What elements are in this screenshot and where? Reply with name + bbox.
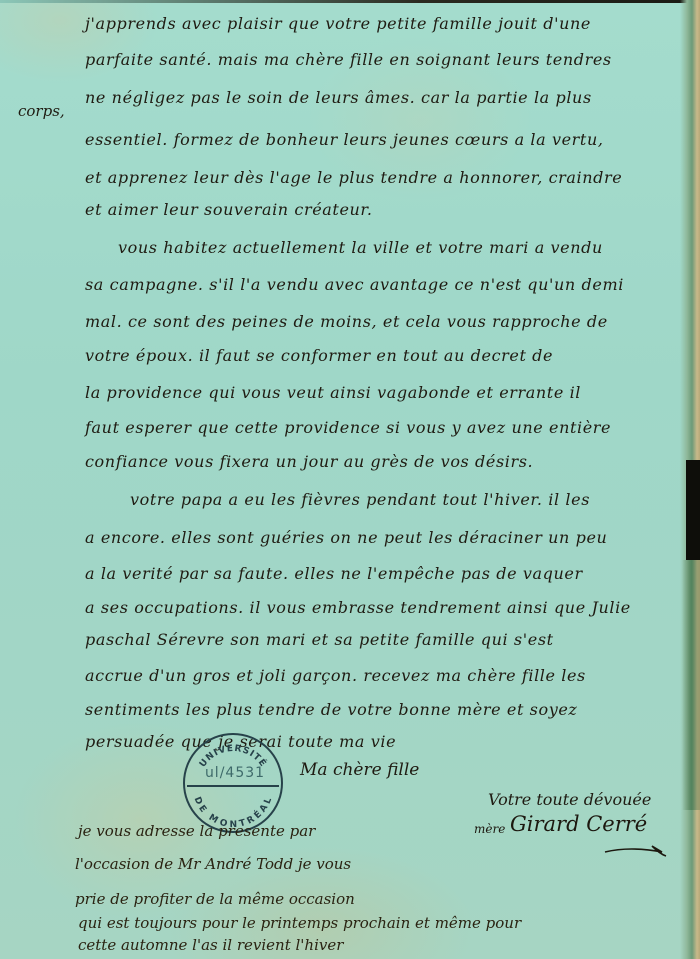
letter-line: a ses occupations. il vous embrasse tend… [85, 598, 631, 617]
signature-flourish [600, 840, 670, 860]
closing-valediction: Votre toute dévouée [488, 790, 651, 809]
letter-page: j'apprends avec plaisir que votre petite… [0, 0, 700, 959]
letter-line: a encore. elles sont guéries on ne peut … [85, 528, 607, 547]
letter-line: a la verité par sa faute. elles ne l'emp… [85, 564, 583, 583]
postscript-line: prie de profiter de la même occasion [75, 890, 355, 908]
closing-salutation: Ma chère fille [300, 760, 419, 780]
letter-line: j'apprends avec plaisir que votre petite… [85, 14, 591, 33]
page-binding-edge [680, 0, 700, 959]
letter-line: paschal Sérevre son mari et sa petite fa… [85, 630, 554, 649]
postscript-line: l'occasion de Mr André Todd je vous [75, 855, 351, 873]
signature-prefix: mère [474, 822, 505, 836]
letter-line: faut esperer que cette providence si vou… [85, 418, 611, 437]
letter-line: sa campagne. s'il l'a vendu avec avantag… [85, 275, 624, 294]
letter-line: vous habitez actuellement la ville et vo… [118, 238, 603, 257]
letter-line: votre époux. il faut se conformer en tou… [85, 346, 553, 365]
letter-line: la providence qui vous veut ainsi vagabo… [85, 383, 581, 402]
margin-note: corps, [18, 102, 65, 120]
signature: Girard Cerré [510, 812, 647, 836]
postscript-line: cette automne l'as il revient l'hiver [78, 936, 343, 954]
stamp-divider [187, 785, 279, 787]
stamp-accession-number: ul/4531 [197, 765, 273, 781]
university-stamp: UNIVERSITÉ DE MONTRÉAL ul/4531 [183, 733, 283, 833]
letter-line: sentiments les plus tendre de votre bonn… [85, 700, 577, 719]
binding-dark-tab [686, 460, 700, 560]
postscript-line: je vous adresse la presente par [78, 822, 315, 840]
letter-line: et apprenez leur dès l'age le plus tendr… [85, 168, 622, 187]
letter-line: parfaite santé. mais ma chère fille en s… [85, 50, 612, 69]
letter-line: essentiel. formez de bonheur leurs jeune… [85, 130, 604, 149]
stamp-ring-text: UNIVERSITÉ DE MONTRÉAL [185, 735, 281, 831]
postscript-line: qui est toujours pour le printemps proch… [78, 914, 521, 932]
letter-line: mal. ce sont des peines de moins, et cel… [85, 312, 608, 331]
letter-line: votre papa a eu les fièvres pendant tout… [130, 490, 590, 509]
binding-stain [682, 560, 700, 810]
letter-line: confiance vous fixera un jour au grès de… [85, 452, 533, 471]
page-top-edge [0, 0, 700, 3]
letter-line: et aimer leur souverain créateur. [85, 200, 373, 219]
letter-line: ne négligez pas le soin de leurs âmes. c… [85, 88, 592, 107]
letter-line: accrue d'un gros et joli garçon. recevez… [85, 666, 586, 685]
